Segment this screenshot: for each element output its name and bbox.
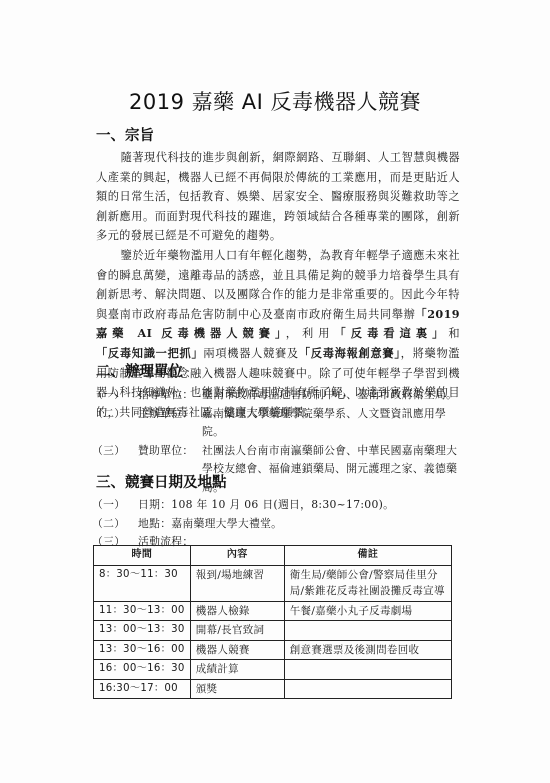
document-page: 2019 嘉藥 AI 反毒機器人競賽 一、宗旨 隨著現代科技的進步與創新，網際網… <box>0 0 550 783</box>
table-row: 13：30～16：00 機器人競賽 創意賽選票及後測問卷回收 <box>94 640 452 660</box>
note-cell <box>284 660 451 680</box>
item-value: 社團法人台南市南瀛藥師公會、中華民國嘉南藥理大學校友總會、福倫連鎖藥局、開元護理… <box>202 442 462 498</box>
purpose-body: 隨著現代科技的進步與創新，網際網路、互聯網、人工智慧與機器人產業的興起，機器人已… <box>96 148 460 422</box>
table-header-row: 時間 內容 備註 <box>94 546 452 566</box>
item-text: 日期：108 年 10 月 06 日(週日，8:30~17:00)。 <box>138 496 462 515</box>
item-number: （二） <box>92 515 138 534</box>
date-venue-list: （一） 日期：108 年 10 月 06 日(週日，8:30~17:00)。 （… <box>92 496 462 552</box>
schedule-table: 時間 內容 備註 8：30～11：30 報到/場地練習 衛生局/藥師公會/警察局… <box>93 545 452 699</box>
time-cell: 13：30～16：00 <box>94 640 191 660</box>
document-title: 2019 嘉藥 AI 反毒機器人競賽 <box>0 86 550 116</box>
content-cell: 報到/場地練習 <box>190 565 284 601</box>
table-row: 13：00～13：30 開幕/長官致詞 <box>94 621 452 641</box>
item-label: 指導單位： <box>138 386 202 405</box>
content-cell: 成績計算 <box>190 660 284 680</box>
time-cell: 13：00～13：30 <box>94 621 191 641</box>
item-number: （二） <box>92 405 138 442</box>
venue-item: （二） 地點：嘉南藥理大學大禮堂。 <box>92 515 462 534</box>
organizer-item: （二） 主辦單位： 嘉南藥理大學藥理學院藥學系、人文暨資訊應用學院。 <box>92 405 462 442</box>
time-cell: 16：00～16：30 <box>94 660 191 680</box>
time-cell: 11：30～13：00 <box>94 601 191 621</box>
purpose-paragraph-1: 隨著現代科技的進步與創新，網際網路、互聯網、人工智慧與機器人產業的興起，機器人已… <box>96 148 460 246</box>
note-cell: 午餐/嘉藥小丸子反毒劇場 <box>284 601 451 621</box>
section-heading-date-venue: 三、競賽日期及地點 <box>96 471 227 492</box>
content-cell: 機器人檢錄 <box>190 601 284 621</box>
item-number: （一） <box>92 496 138 515</box>
organizer-item: （一） 指導單位： 臺南市政府毒品危害防制中心、臺南市政府衛生局。 <box>92 386 462 405</box>
note-cell <box>284 679 451 699</box>
column-header-note: 備註 <box>284 546 451 566</box>
item-text: 地點：嘉南藥理大學大禮堂。 <box>138 515 462 534</box>
time-cell: 16:30～17：00 <box>94 679 191 699</box>
table-row: 16:30～17：00 頒獎 <box>94 679 452 699</box>
time-cell: 8：30～11：30 <box>94 565 191 601</box>
content-cell: 機器人競賽 <box>190 640 284 660</box>
text-span: ，利用 <box>286 327 335 340</box>
content-cell: 頒獎 <box>190 679 284 699</box>
item-value: 臺南市政府毒品危害防制中心、臺南市政府衛生局。 <box>202 386 462 405</box>
competition-name-bold: 「反毒海報創意賽」 <box>299 346 401 360</box>
item-number: （一） <box>92 386 138 405</box>
section-heading-organizers: 二、辦理單位 <box>96 360 183 381</box>
column-header-time: 時間 <box>94 546 191 566</box>
text-span: 和 <box>448 327 460 340</box>
text-span: 兩項機器人競賽及 <box>203 347 298 360</box>
item-label: 主辦單位： <box>138 405 202 442</box>
table-row: 8：30～11：30 報到/場地練習 衛生局/藥師公會/警察局佳里分局/紫錐花反… <box>94 565 452 601</box>
note-cell <box>284 621 451 641</box>
content-cell: 開幕/長官致詞 <box>190 621 284 641</box>
text-span: 鑒於近年藥物濫用人口有年輕化趨勢，為教育年輕學子適應未來社會的瞬息萬變，遠離毒品… <box>96 249 460 321</box>
note-cell: 衛生局/藥師公會/警察局佳里分局/紫錐花反毒社團設攤反毒宣導 <box>284 565 451 601</box>
table-row: 11：30～13：00 機器人檢錄 午餐/嘉藥小丸子反毒劇場 <box>94 601 452 621</box>
date-item: （一） 日期：108 年 10 月 06 日(週日，8:30~17:00)。 <box>92 496 462 515</box>
note-cell: 創意賽選票及後測問卷回收 <box>284 640 451 660</box>
table-row: 16：00～16：30 成績計算 <box>94 660 452 680</box>
competition-name-bold: 「反毒知識一把抓」 <box>96 346 203 360</box>
section-heading-purpose: 一、宗旨 <box>96 124 154 145</box>
competition-name-bold: 「反毒看這裏」 <box>335 326 449 340</box>
item-value: 嘉南藥理大學藥理學院藥學系、人文暨資訊應用學院。 <box>202 405 462 442</box>
column-header-content: 內容 <box>190 546 284 566</box>
